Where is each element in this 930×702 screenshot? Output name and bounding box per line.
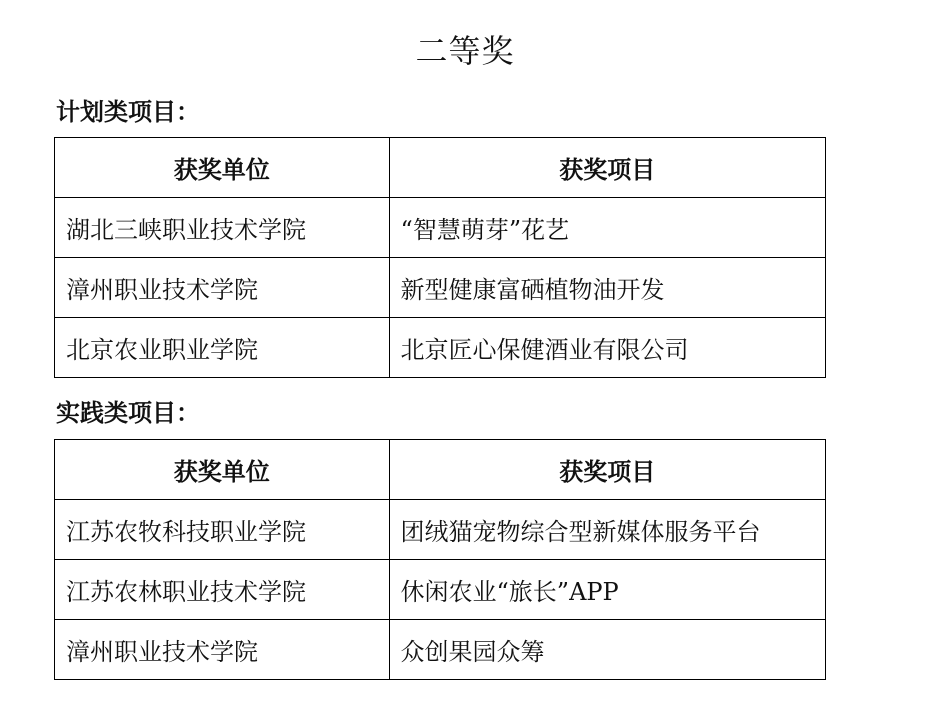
section-heading-practice: 实践类项目： (56, 393, 200, 428)
table-row: 江苏农牧科技职业学院 团绒猫宠物综合型新媒体服务平台 (55, 500, 826, 560)
award-table-plan: 获奖单位 获奖项目 湖北三峡职业技术学院 “智慧萌芽”花艺 漳州职业技术学院 新… (54, 137, 826, 378)
cell-project: 团绒猫宠物综合型新媒体服务平台 (389, 500, 825, 560)
table-row: 江苏农林职业技术学院 休闲农业“旅长”APP (55, 560, 826, 620)
cell-unit: 湖北三峡职业技术学院 (55, 198, 390, 258)
table-row: 漳州职业技术学院 众创果园众筹 (55, 620, 826, 680)
table-header-row: 获奖单位 获奖项目 (55, 138, 826, 198)
cell-project: 休闲农业“旅长”APP (389, 560, 825, 620)
cell-unit: 漳州职业技术学院 (55, 258, 390, 318)
cell-project: 北京匠心保健酒业有限公司 (389, 318, 825, 378)
column-header-unit: 获奖单位 (55, 440, 390, 500)
section-heading-plan: 计划类项目： (56, 92, 200, 127)
column-header-project: 获奖项目 (389, 440, 825, 500)
cell-project: “智慧萌芽”花艺 (389, 198, 825, 258)
cell-unit: 北京农业职业学院 (55, 318, 390, 378)
cell-unit: 江苏农林职业技术学院 (55, 560, 390, 620)
table-row: 湖北三峡职业技术学院 “智慧萌芽”花艺 (55, 198, 826, 258)
column-header-unit: 获奖单位 (55, 138, 390, 198)
table-row: 北京农业职业学院 北京匠心保健酒业有限公司 (55, 318, 826, 378)
award-table-practice: 获奖单位 获奖项目 江苏农牧科技职业学院 团绒猫宠物综合型新媒体服务平台 江苏农… (54, 439, 826, 680)
cell-unit: 漳州职业技术学院 (55, 620, 390, 680)
table-row: 漳州职业技术学院 新型健康富硒植物油开发 (55, 258, 826, 318)
column-header-project: 获奖项目 (389, 138, 825, 198)
table-header-row: 获奖单位 获奖项目 (55, 440, 826, 500)
cell-project: 新型健康富硒植物油开发 (389, 258, 825, 318)
cell-project: 众创果园众筹 (389, 620, 825, 680)
cell-unit: 江苏农牧科技职业学院 (55, 500, 390, 560)
page-title: 二等奖 (0, 26, 930, 72)
